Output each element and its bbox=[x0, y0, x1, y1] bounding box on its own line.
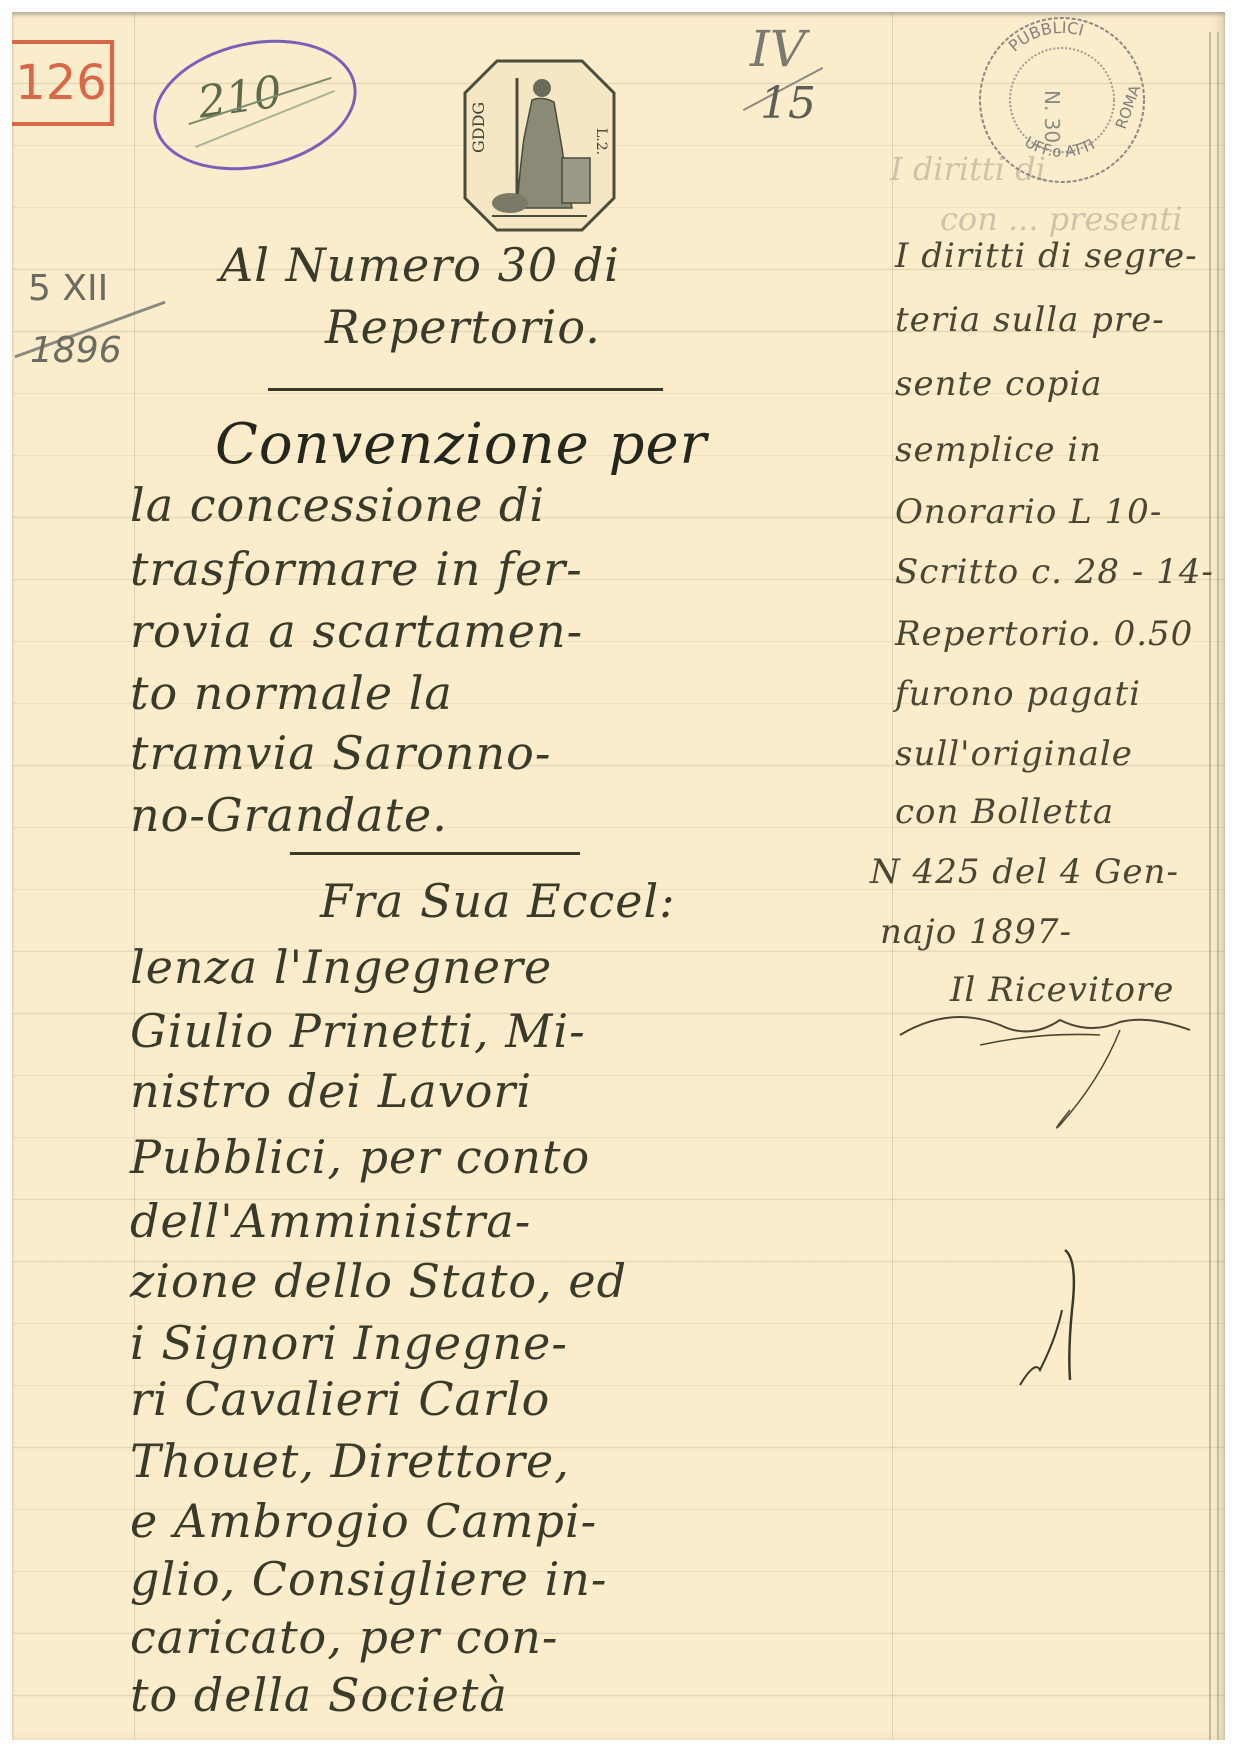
margin-note-line: najo 1897- bbox=[880, 912, 1072, 952]
margin-note-line: furono pagati bbox=[895, 674, 1141, 714]
margin-note-line: semplice in bbox=[895, 430, 1102, 470]
margin-note-line: Repertorio. 0.50 bbox=[895, 614, 1193, 654]
body-line: glio, Consigliere in- bbox=[130, 1552, 607, 1606]
pencil-roman-numeral: IV bbox=[750, 20, 806, 78]
archive-number-stamp: 126 bbox=[12, 40, 114, 126]
body-line: Pubblici, per conto bbox=[130, 1130, 590, 1184]
margin-note-line: I diritti di segre- bbox=[895, 236, 1198, 276]
title-line: Convenzione per bbox=[215, 412, 707, 477]
margin-note-line: Il Ricevitore bbox=[950, 970, 1174, 1010]
body-line: ri Cavalieri Carlo bbox=[130, 1372, 550, 1426]
heading-line-1: Al Numero 30 di bbox=[220, 238, 620, 292]
body-line: i Signori Ingegne- bbox=[130, 1316, 568, 1370]
body-line: Fra Sua Eccel: bbox=[320, 874, 676, 928]
svg-text:GDDG: GDDG bbox=[469, 102, 488, 153]
title-line: la concessione di bbox=[130, 478, 545, 532]
page-edge bbox=[1217, 32, 1219, 1740]
margin-note-line: Scritto c. 28 - 14- bbox=[895, 552, 1214, 592]
revenue-stamp: GDDG L.2. bbox=[462, 58, 617, 233]
margin-note-line: sente copia bbox=[895, 364, 1102, 404]
margin-date-daymonth: 5 XII bbox=[28, 268, 108, 309]
heading-line-2: Repertorio. bbox=[325, 300, 601, 354]
title-line: to normale la bbox=[130, 666, 453, 720]
title-line: tramvia Saronno- bbox=[130, 726, 551, 780]
initials-signature bbox=[1010, 1240, 1090, 1400]
svg-text:N. 30: N. 30 bbox=[1040, 90, 1064, 143]
body-line: nistro dei Lavori bbox=[130, 1064, 532, 1118]
bleed-through-text: I diritti di bbox=[890, 150, 1046, 188]
italia-figure-icon: GDDG L.2. bbox=[462, 58, 617, 233]
body-line: e Ambrogio Campi- bbox=[130, 1494, 597, 1548]
archive-number: 126 bbox=[15, 55, 107, 111]
margin-note-line: N 425 del 4 Gen- bbox=[870, 852, 1179, 892]
body-line: caricato, per con- bbox=[130, 1610, 558, 1664]
body-line: Thouet, Direttore, bbox=[130, 1434, 570, 1488]
margin-date-year: 1896 bbox=[30, 330, 122, 371]
body-line: lenza l'Ingegnere bbox=[130, 940, 552, 994]
page-edge bbox=[1209, 32, 1211, 1740]
title-line: no-Grandate. bbox=[130, 788, 448, 842]
margin-note-line: Onorario L 10- bbox=[895, 492, 1162, 532]
body-line: to della Società bbox=[130, 1668, 508, 1722]
separator-rule bbox=[268, 388, 663, 391]
margin-note-line: teria sulla pre- bbox=[895, 300, 1165, 340]
receiver-signature bbox=[890, 1010, 1210, 1140]
svg-text:L.2.: L.2. bbox=[593, 128, 609, 155]
body-line: dell'Amministra- bbox=[130, 1194, 531, 1248]
bleed-through-text: con ... presenti bbox=[940, 200, 1182, 238]
body-line: Giulio Prinetti, Mi- bbox=[130, 1004, 586, 1058]
margin-note-line: sull'originale bbox=[895, 734, 1133, 774]
body-line: zione dello Stato, ed bbox=[130, 1254, 627, 1308]
title-line: rovia a scartamen- bbox=[130, 604, 583, 658]
title-line: trasformare in fer- bbox=[130, 542, 583, 596]
margin-note-line: con Bolletta bbox=[895, 792, 1114, 832]
separator-rule bbox=[290, 852, 580, 855]
pencil-denominator: 15 bbox=[760, 78, 816, 129]
